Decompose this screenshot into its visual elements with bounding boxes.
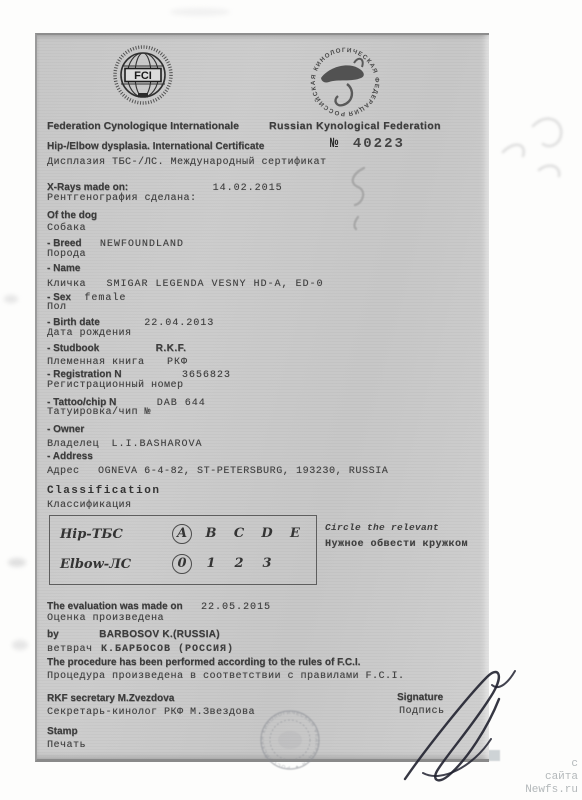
- birthdate-value: 22.04.2013: [144, 318, 214, 329]
- field-name-ru: Кличка SMIGAR LEGENDA VESNY HD-A, ED-0: [47, 276, 324, 291]
- certificate-title-en: Hip-/Elbow dysplasia. International Cert…: [47, 141, 264, 153]
- evaluation-date-value: 22.05.2015: [201, 602, 271, 613]
- org-name-right: Russian Kynological Federation: [269, 120, 441, 132]
- hip-option-a: A: [172, 524, 192, 544]
- certificate-title-ru: Дисплазия ТБС-/ЛС. Международный сертифи…: [47, 157, 327, 169]
- field-breed-ru: Порода: [47, 249, 86, 261]
- subject-label-en: Of the dog: [47, 210, 97, 222]
- classification-box: Hip-ТБС A B C D E Elbow-ЛС 0 1 2 3: [49, 515, 317, 585]
- watermark-line-3: Newfs.ru: [525, 784, 578, 797]
- elbow-option-3: 3: [258, 555, 276, 573]
- rkf-ring-text: РОССИЙСКАЯ КИНОЛОГИЧЕСКАЯ ФЕДЕРАЦИЯ ✦: [309, 46, 380, 117]
- margin-smudge: [12, 640, 28, 650]
- margin-smudge: [170, 8, 230, 16]
- elbow-label: Elbow-ЛС: [60, 557, 172, 572]
- svg-text:РОССИЙСКАЯ КИНОЛОГИЧЕСКАЯ ФЕДЕ: РОССИЙСКАЯ КИНОЛОГИЧЕСКАЯ ФЕДЕРАЦИЯ ✦: [309, 46, 380, 117]
- procedure-ru: Процедура произведена в соответствии с п…: [47, 671, 405, 683]
- dog-name-value: SMIGAR LEGENDA VESNY HD-A, ED-0: [106, 279, 323, 290]
- margin-smudge: [4, 295, 18, 303]
- field-registration-ru: Регистрационный номер: [47, 380, 184, 392]
- evaluation-date-ru: Оценка произведена: [47, 613, 164, 625]
- number-value: 40223: [353, 136, 405, 152]
- field-studbook: - Studbook R.K.F.: [47, 341, 186, 355]
- field-name: - Name: [47, 263, 80, 275]
- handwritten-signature: [395, 663, 520, 790]
- vet-name-ru: К.БАРБОСОВ (РОССИЯ): [101, 644, 234, 655]
- hip-option-c: C: [230, 525, 248, 543]
- classification-title-ru: Классификация: [47, 500, 132, 512]
- field-owner-ru: Владелец L.I.BASHAROVA: [47, 436, 202, 451]
- scanned-certificate-page: { "page": { "watermark": ["с", "сайта", …: [0, 0, 582, 800]
- site-watermark: с сайта Newfs.ru: [525, 758, 578, 797]
- pencil-squiggle: [340, 163, 374, 239]
- tattoo-value: DAB 644: [157, 398, 206, 409]
- org-name-left: Federation Cynologique Internationale: [47, 120, 239, 132]
- rkf-stamp: РОССИЙСКАЯ КИНОЛОГИЧЕСКАЯ ФЕДЕРАЦИЯ ✦: [257, 707, 323, 775]
- elbow-row: Elbow-ЛС 0 1 2 3: [50, 552, 316, 576]
- elbow-option-0: 0: [172, 554, 192, 574]
- breed-value: NEWFOUNDLAND: [100, 239, 184, 250]
- field-owner: - Owner: [47, 424, 84, 436]
- certificate-number: № 40223: [330, 137, 405, 150]
- studbook-value: R.K.F.: [156, 343, 187, 354]
- fci-logo: FCI: [112, 44, 174, 108]
- circle-note-en: Circle the relevant: [325, 522, 439, 534]
- sex-value: female: [84, 293, 126, 304]
- margin-smudge: [8, 558, 26, 567]
- field-address-ru: Адрес OGNEVA 6-4-82, ST-PETERSBURG, 1932…: [47, 463, 388, 478]
- registration-value: 3656823: [182, 370, 231, 381]
- fci-logo-text: FCI: [134, 70, 152, 82]
- circle-note-ru: Нужное обвести кружком: [325, 539, 468, 551]
- address-value: OGNEVA 6-4-82, ST-PETERSBURG, 193230, RU…: [98, 466, 388, 477]
- watermark-line-1: с: [525, 758, 578, 771]
- hip-option-d: D: [258, 525, 276, 543]
- elbow-option-2: 2: [230, 555, 248, 573]
- field-address: - Address: [47, 451, 93, 463]
- stamp-label-ru: Печать: [47, 740, 86, 752]
- evaluation-date-line: The evaluation was made on 22.05.2015: [47, 599, 271, 614]
- number-sign: №: [330, 136, 340, 152]
- owner-value: L.I.BASHAROVA: [111, 439, 202, 450]
- rkf-logo: РОССИЙСКАЯ КИНОЛОГИЧЕСКАЯ ФЕДЕРАЦИЯ ✦: [309, 46, 381, 120]
- secretary-en: RKF secretary M.Zvezdova: [47, 693, 174, 705]
- secretary-ru: Секретарь-кинолог РКФ М.Звездова: [47, 707, 255, 719]
- evaluation-by-ru: ветврач К.БАРБОСОВ (РОССИЯ): [47, 641, 234, 656]
- hip-row: Hip-ТБС A B C D E: [50, 522, 316, 546]
- elbow-option-1: 1: [202, 555, 220, 573]
- xray-date-value: 14.02.2015: [213, 183, 283, 194]
- xray-label-ru: Рентгенография сделана:: [47, 193, 197, 205]
- vet-name-en: BARBOSOV K.(RUSSIA): [99, 629, 220, 640]
- procedure-en: The procedure has been performed accordi…: [47, 657, 360, 669]
- field-tattoo-ru: Татуировка/чип №: [47, 407, 151, 419]
- field-birthdate-ru: Дата рождения: [47, 328, 132, 340]
- hip-option-e: E: [286, 525, 304, 543]
- evaluation-by-line: by BARBOSOV K.(RUSSIA): [47, 627, 220, 641]
- classification-title-en: Classification: [47, 485, 160, 497]
- watermark-line-2: сайта: [525, 771, 578, 784]
- xray-label-en: X-Rays made on:: [47, 182, 128, 193]
- field-sex-ru: Пол: [47, 302, 67, 314]
- margin-pencil-marks: [495, 100, 575, 190]
- hip-option-b: B: [202, 525, 220, 543]
- hip-label: Hip-ТБС: [60, 527, 172, 542]
- borzoi-head: [321, 65, 364, 82]
- scanned-certificate: FCI РОССИЙСКАЯ КИНОЛОГИЧЕСКАЯ ФЕДЕРАЦИЯ …: [35, 33, 489, 762]
- stamp-label-en: Stamp: [47, 726, 78, 738]
